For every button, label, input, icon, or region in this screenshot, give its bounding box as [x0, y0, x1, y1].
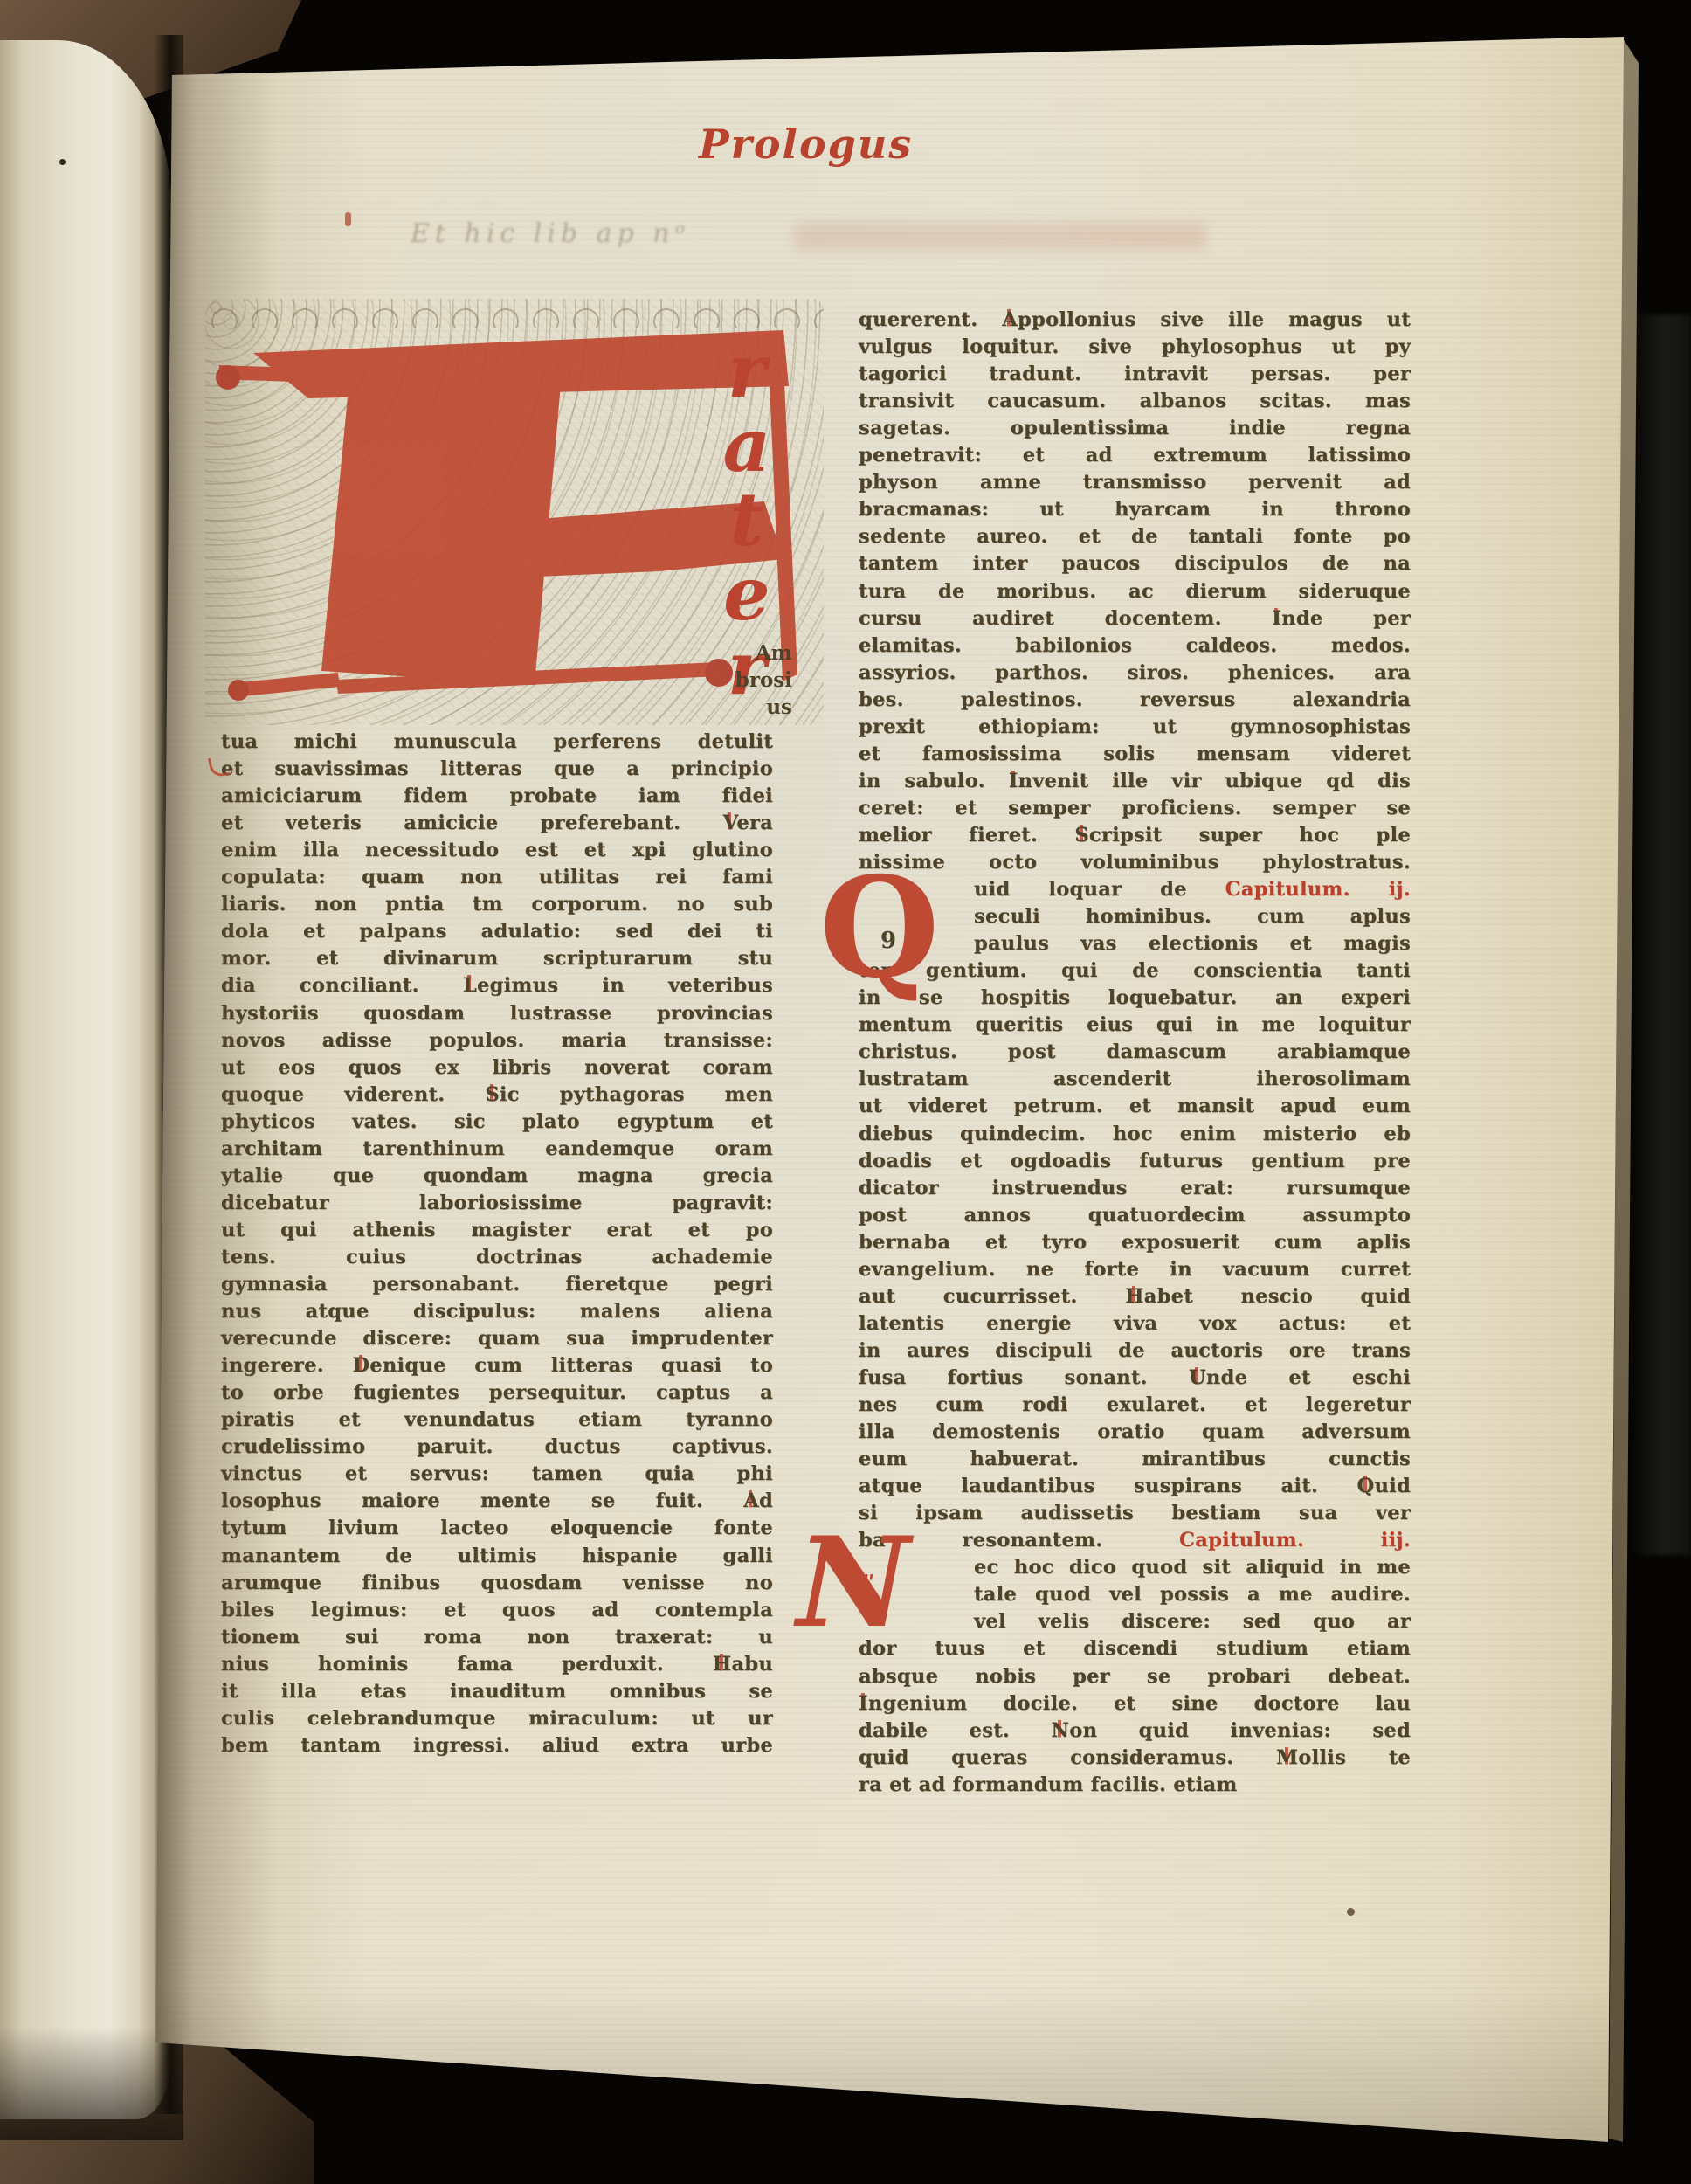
body-text: enim illa necessitudo est et xpi glutino [221, 839, 773, 861]
body-text: aut cucurrisset. [859, 1285, 1125, 1308]
body-text: ic pythagoras men [500, 1083, 773, 1106]
body-text: bernaba et tyro exposuerit cum aplis [859, 1231, 1411, 1254]
body-text: bem tantam ingressi. aliud extra urbe [221, 1734, 773, 1757]
body-text: ollis te [1298, 1746, 1411, 1769]
body-text: crudelissimo paruit. ductus captivus. [221, 1435, 773, 1458]
body-text: on quid invenias: sed [1069, 1719, 1411, 1742]
text-line: seculi hominibus. cum aplus [859, 905, 1411, 928]
body-text: tua michi munuscula perferens detulit [221, 730, 773, 753]
body-text: dola et palpans adulatio: sed dei ti [221, 920, 773, 943]
body-text: eum habuerat. mirantibus cunctis [859, 1448, 1411, 1470]
rubric-text: Capitulum. ij. [1225, 878, 1411, 901]
red-touched-capital: A [743, 1489, 759, 1512]
text-line: atque laudantibus suspirans ait. Quid [859, 1475, 1411, 1497]
text-line: gymnasia personabant. fieretque pegri [221, 1273, 773, 1296]
text-line: dola et palpans adulatio: sed dei ti [221, 920, 773, 943]
text-line: elamitas. babilonios caldeos. medos. [859, 634, 1411, 657]
body-text: nius hominis fama perduxit. [221, 1653, 713, 1676]
body-text: vinctus et servus: tamen quia phi [221, 1462, 773, 1485]
body-text: nes cum rodi exularet. et legeretur [859, 1393, 1411, 1416]
body-text: tale quod vel possis a me audire. [974, 1583, 1411, 1606]
text-line: tens. cuius doctrinas achademie [221, 1246, 773, 1268]
text-line: bracmanas: ut hyarcam in throno [859, 498, 1411, 521]
body-text: quoque viderent. [221, 1083, 485, 1106]
red-touched-capital: I [859, 1692, 868, 1715]
text-line: architam tarenthinum eandemque oram [221, 1137, 773, 1160]
text-line: manantem de ultimis hispanie galli [221, 1545, 773, 1567]
body-text: doadis et ogdoadis futurus gentium pre [859, 1150, 1411, 1172]
text-line: dabile est. Non quid invenias: sed [859, 1719, 1411, 1742]
body-text: et suavissimas litteras que a principio [221, 757, 773, 780]
body-text: evangelium. ne forte in vacuum curret [859, 1258, 1411, 1281]
text-line: bem tantam ingressi. aliud extra urbe [221, 1734, 773, 1757]
rubric-text: Capitulum. iij. [1179, 1529, 1411, 1552]
text-line: et suavissimas litteras que a principio [221, 757, 773, 780]
body-text: ut eos quos ex libris noverat coram [221, 1056, 773, 1079]
text-line: vinctus et servus: tamen quia phi [221, 1462, 773, 1485]
text-line: copulata: quam non utilitas rei fami [221, 866, 773, 888]
text-line: tua michi munuscula perferens detulit [221, 730, 773, 753]
body-text: tytum livium lacteo eloquencie fonte [221, 1517, 773, 1539]
body-text: bes. palestinos. reversus alexandria [859, 688, 1411, 711]
body-text: enique cum litteras quasi to [369, 1354, 773, 1377]
body-text: cursu audiret docentem. [859, 607, 1272, 630]
body-text: transivit caucasum. albanos scitas. mas [859, 390, 1411, 412]
text-line: ra et ad formandum facilis. etiam [859, 1773, 1411, 1796]
text-line: novos adisse populos. maria transisse: [221, 1029, 773, 1052]
text-line: in se hospitis loquebatur. an experi [859, 986, 1411, 1009]
body-text: ceret: et semper proficiens. semper se [859, 797, 1411, 819]
decorated-initial-f-block: rater Ambrosius [205, 299, 824, 725]
text-line: nus atque discipulus: malens aliena [221, 1300, 773, 1323]
manuscript-photo: Prologus Et hic lib ap nᵒ [0, 0, 1691, 2184]
text-line: tionem sui roma non traxerat: u [221, 1626, 773, 1648]
erased-inscription-text: Et hic lib ap nᵒ [411, 218, 690, 249]
body-text: copulata: quam non utilitas rei fami [221, 866, 773, 888]
text-line: it illa etas inauditum omnibus se [221, 1680, 773, 1703]
text-line: sedente aureo. et de tantali fonte po [859, 525, 1411, 548]
red-touched-capital: H [713, 1653, 732, 1676]
body-text: biles legimus: et quos ad contempla [221, 1599, 773, 1621]
initial-f-letter: t [694, 482, 799, 556]
text-line: mor. et divinarum scripturarum stu [221, 947, 773, 970]
body-text: phyticos vates. sic plato egyptum et [221, 1110, 773, 1133]
red-touched-capital: S [1074, 824, 1089, 847]
initial-q: Q [819, 863, 940, 994]
text-line: dicebatur laboriosissime pagravit: [221, 1192, 773, 1214]
body-text: sedente aureo. et de tantali fonte po [859, 525, 1411, 548]
body-text: ingerere. [221, 1354, 352, 1377]
body-text: culis celebrandumque miraculum: ut ur [221, 1707, 773, 1730]
body-text: bracmanas: ut hyarcam in throno [859, 498, 1411, 521]
text-line: dor tuus et discendi studium etiam [859, 1637, 1411, 1660]
body-text: physon amne transmisso pervenit ad [859, 471, 1411, 494]
body-text: ec hoc dico quod sit aliquid in me [974, 1556, 1411, 1579]
red-touched-capital: N [1051, 1719, 1069, 1742]
body-text: prexit ethiopiam: ut gymnosophistas [859, 715, 1411, 738]
body-text: ra et ad formandum facilis. etiam [859, 1773, 1237, 1796]
body-text: abu [731, 1653, 773, 1676]
body-text: illa demostenis oratio quam adversum [859, 1420, 1411, 1443]
red-touched-capital: A [1002, 308, 1018, 331]
text-line: vulgus loquitur. sive phylosophus ut py [859, 335, 1411, 358]
text-line: et veteris amicicie preferebant. Vera [221, 812, 773, 834]
text-line: ba resonantem. Capitulum. iij. [859, 1529, 1411, 1552]
body-text: manantem de ultimis hispanie galli [221, 1545, 773, 1567]
text-line: enim illa necessitudo est et xpi glutino [221, 839, 773, 861]
red-touched-capital: M [1276, 1746, 1298, 1769]
red-touched-capital: D [352, 1354, 369, 1377]
body-text: dia conciliant. [221, 974, 463, 997]
body-text: assyrios. parthos. siros. phenices. ara [859, 661, 1411, 684]
text-line: aut cucurrisset. Habet nescio quid [859, 1285, 1411, 1308]
text-line: cursu audiret docentem. Inde per [859, 607, 1411, 630]
body-text: post annos quatuordecim assumpto [859, 1204, 1411, 1227]
body-text: d [759, 1489, 773, 1512]
body-text: tionem sui roma non traxerat: u [221, 1626, 773, 1648]
body-text: ter gentium. qui de conscientia tanti [859, 959, 1411, 982]
text-line: in aures discipuli de auctoris ore trans [859, 1339, 1411, 1362]
body-text: melior fieret. [859, 824, 1074, 847]
fore-edge-sheen [1630, 314, 1691, 1555]
text-line: quererent. Appollonius sive ille magus u… [859, 308, 1411, 331]
body-text: era [736, 812, 773, 834]
text-line: amiciciarum fidem probate iam fidei [221, 784, 773, 807]
text-line: absque nobis per se probari debeat. [859, 1665, 1411, 1688]
text-line: doadis et ogdoadis futurus gentium pre [859, 1150, 1411, 1172]
text-line: liaris. non pntia tm corporum. no sub [221, 893, 773, 916]
text-line: transivit caucasum. albanos scitas. mas [859, 390, 1411, 412]
red-touched-capital: H [1125, 1285, 1144, 1308]
text-line: arumque finibus quosdam venisse no [221, 1572, 773, 1594]
body-text: architam tarenthinum eandemque oram [221, 1137, 773, 1160]
body-text: nissime octo voluminibus phylostratus. [859, 851, 1411, 874]
text-line: penetravit: et ad extremum latissimo [859, 444, 1411, 467]
body-text: dabile est. [859, 1719, 1051, 1742]
text-line: diebus quindecim. hoc enim misterio eb [859, 1123, 1411, 1145]
body-text: ppollonius sive ille magus ut [1018, 308, 1411, 331]
sidenote-line: Am [642, 639, 792, 667]
body-text: ut qui athenis magister erat et po [221, 1219, 773, 1241]
bottom-vignette [157, 1983, 1625, 2158]
body-text: quid queras consideramus. [859, 1746, 1276, 1769]
text-line: ut videret petrum. et mansit apud eum [859, 1095, 1411, 1117]
text-line: losophus maiore mente se fuit. Ad [221, 1489, 773, 1512]
text-line: uid loquar de Capitulum. ij. [859, 878, 1411, 901]
text-line: christus. post damascum arabiamque [859, 1040, 1411, 1063]
text-line: dia conciliant. Legimus in veteribus [221, 974, 773, 997]
brown-stain-dot [1347, 1908, 1355, 1916]
text-line: bernaba et tyro exposuerit cum aplis [859, 1231, 1411, 1254]
body-text: in sabulo. [859, 770, 1009, 792]
text-line: verecunde discere: quam sua imprudenter [221, 1327, 773, 1350]
body-text: in se hospitis loquebatur. an experi [859, 986, 1411, 1009]
body-text: lustratam ascenderit iherosolimam [859, 1068, 1411, 1090]
erased-inscription: Et hic lib ap nᵒ [411, 218, 1232, 260]
text-line: phyticos vates. sic plato egyptum et [221, 1110, 773, 1133]
text-line: ter gentium. qui de conscientia tanti [859, 959, 1411, 982]
body-text: christus. post damascum arabiamque [859, 1040, 1411, 1063]
text-line: lustratam ascenderit iherosolimam [859, 1068, 1411, 1090]
text-line: sagetas. opulentissima indie regna [859, 417, 1411, 439]
body-text: ut videret petrum. et mansit apud eum [859, 1095, 1411, 1117]
text-line: ingerere. Denique cum litteras quasi to [221, 1354, 773, 1377]
text-line: nissime octo voluminibus phylostratus. [859, 851, 1411, 874]
body-text: et veteris amicicie preferebant. [221, 812, 723, 834]
red-touched-capital: Q [1357, 1475, 1375, 1497]
erased-inscription-smudge [795, 224, 1205, 250]
text-line: tale quod vel possis a me audire. [859, 1583, 1411, 1606]
red-touched-capital: I [1009, 770, 1018, 792]
text-line: latentis energie viva vox actus: et [859, 1312, 1411, 1335]
red-touched-capital: I [1272, 607, 1281, 630]
body-text: absque nobis per se probari debeat. [859, 1665, 1411, 1688]
body-text: quererent. [859, 308, 1002, 331]
text-line: physon amne transmisso pervenit ad [859, 471, 1411, 494]
body-text: tagorici tradunt. intravit persas. per [859, 363, 1411, 385]
initial-n-inner-mark: ʺ [863, 1572, 875, 1599]
manuscript-page: Prologus Et hic lib ap nᵒ [0, 0, 1691, 2184]
text-line: eum habuerat. mirantibus cunctis [859, 1448, 1411, 1470]
body-text: uid loquar de [974, 878, 1225, 901]
text-line: evangelium. ne forte in vacuum curret [859, 1258, 1411, 1281]
text-line: dicator instruendus erat: rursumque [859, 1177, 1411, 1199]
body-text: si ipsam audissetis bestiam sua ver [859, 1502, 1411, 1524]
text-line: ut qui athenis magister erat et po [221, 1219, 773, 1241]
body-text: nvenit ille vir ubique qd dis [1018, 770, 1411, 792]
body-text: paulus vas electionis et magis [974, 932, 1411, 955]
red-fleck-mark [345, 212, 351, 226]
text-line: bes. palestinos. reversus alexandria [859, 688, 1411, 711]
body-text: dor tuus et discendi studium etiam [859, 1637, 1411, 1660]
text-line: ytalie que quondam magna grecia [221, 1165, 773, 1187]
body-text: piratis et venundatus etiam tyranno [221, 1408, 773, 1431]
text-line: tagorici tradunt. intravit persas. per [859, 363, 1411, 385]
text-line: crudelissimo paruit. ductus captivus. [221, 1435, 773, 1458]
sidenote-line: brosi [642, 667, 792, 694]
body-text: vulgus loquitur. sive phylosophus ut py [859, 335, 1411, 358]
body-text: et famosissima solis mensam videret [859, 743, 1411, 765]
initial-n: N [797, 1522, 910, 1644]
text-line: piratis et venundatus etiam tyranno [221, 1408, 773, 1431]
text-line: fusa fortius sonant. Unde et eschi [859, 1366, 1411, 1389]
text-line: nius hominis fama perduxit. Habu [221, 1653, 773, 1676]
body-text: ytalie que quondam magna grecia [221, 1165, 773, 1187]
text-line: to orbe fugientes persequitur. captus a [221, 1381, 773, 1404]
red-touched-capital: V [723, 812, 737, 834]
body-text: losophus maiore mente se fuit. [221, 1489, 743, 1512]
body-text: tens. cuius doctrinas achademie [221, 1246, 773, 1268]
text-line: culis celebrandumque miraculum: ut ur [221, 1707, 773, 1730]
body-text: penetravit: et ad extremum latissimo [859, 444, 1411, 467]
text-line: prexit ethiopiam: ut gymnosophistas [859, 715, 1411, 738]
sidenote-line: us [642, 694, 792, 721]
body-text: amiciciarum fidem probate iam fidei [221, 784, 773, 807]
body-text: seculi hominibus. cum aplus [974, 905, 1411, 928]
text-line: ut eos quos ex libris noverat coram [221, 1056, 773, 1079]
text-line: Ingenium docile. et sine doctore lau [859, 1692, 1411, 1715]
body-text: liaris. non pntia tm corporum. no sub [221, 893, 773, 916]
body-text: elamitas. babilonios caldeos. medos. [859, 634, 1411, 657]
red-touched-capital: S [485, 1083, 500, 1106]
text-line: melior fieret. Scripsit super hoc ple [859, 824, 1411, 847]
body-text: atque laudantibus suspirans ait. [859, 1475, 1357, 1497]
text-line: ec hoc dico quod sit aliquid in me [859, 1556, 1411, 1579]
text-line: nes cum rodi exularet. et legeretur [859, 1393, 1411, 1416]
wormhole-speck [59, 159, 66, 165]
text-line: hystoriis quosdam lustrasse provincias [221, 1002, 773, 1025]
text-line: quid queras consideramus. Mollis te [859, 1746, 1411, 1769]
body-text: cripsit super hoc ple [1089, 824, 1411, 847]
ambrosius-sidenote: Ambrosius [642, 639, 792, 721]
body-text: sagetas. opulentissima indie regna [859, 417, 1411, 439]
body-text: hystoriis quosdam lustrasse provincias [221, 1002, 773, 1025]
body-text: fusa fortius sonant. [859, 1366, 1189, 1389]
body-text: diebus quindecim. hoc enim misterio eb [859, 1123, 1411, 1145]
text-line: tantem inter paucos discipulos de na [859, 552, 1411, 575]
body-text: nde per [1281, 607, 1411, 630]
text-line: ceret: et semper proficiens. semper se [859, 797, 1411, 819]
body-text: tantem inter paucos discipulos de na [859, 552, 1411, 575]
initial-f-letter: e [694, 556, 799, 631]
body-text: ngenium docile. et sine doctore lau [868, 1692, 1411, 1715]
text-line: post annos quatuordecim assumpto [859, 1204, 1411, 1227]
body-text: mor. et divinarum scripturarum stu [221, 947, 773, 970]
body-text: novos adisse populos. maria transisse: [221, 1029, 773, 1052]
body-text: it illa etas inauditum omnibus se [221, 1680, 773, 1703]
initial-f-letter: r [694, 334, 799, 408]
text-line: assyrios. parthos. siros. phenices. ara [859, 661, 1411, 684]
text-line: tura de moribus. ac dierum sideruque [859, 580, 1411, 603]
text-line: et famosissima solis mensam videret [859, 743, 1411, 765]
body-text: nde et eschi [1206, 1366, 1411, 1389]
body-text: latentis energie viva vox actus: et [859, 1312, 1411, 1335]
body-text: nus atque discipulus: malens aliena [221, 1300, 773, 1323]
text-line: si ipsam audissetis bestiam sua ver [859, 1502, 1411, 1524]
body-text: to orbe fugientes persequitur. captus a [221, 1381, 773, 1404]
page-title: Prologus [699, 121, 913, 168]
body-text: egimus in veteribus [477, 974, 773, 997]
body-text: tura de moribus. ac dierum sideruque [859, 580, 1411, 603]
initial-f-letter: a [694, 408, 799, 482]
body-text: in aures discipuli de auctoris ore trans [859, 1339, 1411, 1362]
text-line: illa demostenis oratio quam adversum [859, 1420, 1411, 1443]
text-line: in sabulo. Invenit ille vir ubique qd di… [859, 770, 1411, 792]
body-text: mentum queritis eius qui in me loquitur [859, 1013, 1411, 1036]
red-touched-capital: L [463, 974, 477, 997]
text-line: tytum livium lacteo eloquencie fonte [221, 1517, 773, 1539]
body-text: uid [1374, 1475, 1411, 1497]
body-text: gymnasia personabant. fieretque pegri [221, 1273, 773, 1296]
body-text: verecunde discere: quam sua imprudenter [221, 1327, 773, 1350]
body-text: vel velis discere: sed quo ar [974, 1610, 1411, 1633]
text-line: paulus vas electionis et magis [859, 932, 1411, 955]
text-line: mentum queritis eius qui in me loquitur [859, 1013, 1411, 1036]
text-line: vel velis discere: sed quo ar [859, 1610, 1411, 1633]
initial-q-inner-mark: 9 [880, 928, 896, 954]
body-text: dicator instruendus erat: rursumque [859, 1177, 1411, 1199]
body-text: abet nescio quid [1144, 1285, 1411, 1308]
facing-page-curl [0, 40, 171, 2119]
body-text: dicebatur laboriosissime pagravit: [221, 1192, 773, 1214]
text-line: quoque viderent. Sic pythagoras men [221, 1083, 773, 1106]
red-touched-capital: U [1189, 1366, 1206, 1389]
text-line: biles legimus: et quos ad contempla [221, 1599, 773, 1621]
body-text: arumque finibus quosdam venisse no [221, 1572, 773, 1594]
